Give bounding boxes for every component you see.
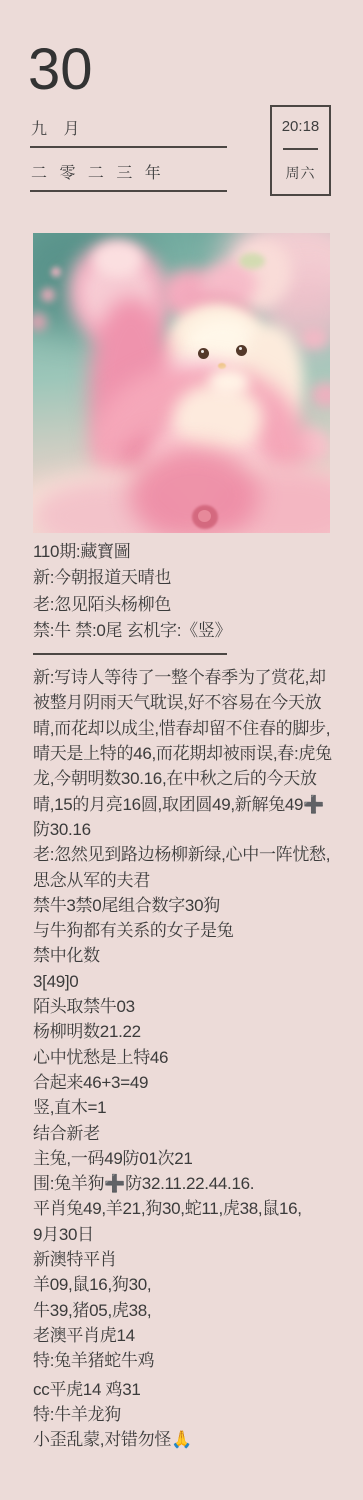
analysis-line: 9月30日: [33, 1222, 343, 1247]
header-divider-top: [30, 146, 227, 148]
content-divider: [33, 653, 227, 655]
year-label: 二 零 二 三 年: [31, 160, 165, 183]
ban-line: 禁:牛 禁:0尾 玄机字:《竖》: [33, 618, 343, 644]
analysis-line: 竖,直木=1: [33, 1095, 343, 1120]
head-sprig: [239, 253, 265, 269]
analysis-line: 龙,今朝明数30.16,在中秋之后的今天放: [33, 766, 343, 791]
analysis-line: 被整月阴雨天气耽误,好不容易在今天放: [33, 690, 343, 715]
bunny-eye-left-glint: [201, 350, 204, 353]
calendar-page: 30 九 月 二 零 二 三 年 20:18 周六: [0, 0, 363, 1500]
right-petal-2: [311, 383, 330, 407]
timebox-divider: [283, 148, 318, 150]
rose-inner: [198, 510, 211, 522]
analysis-line: 平肖兔49,羊21,狗30,蛇11,虎38,鼠16,: [33, 1196, 343, 1221]
left-petal-3: [51, 267, 61, 277]
analysis-line: 禁牛3禁0尾组合数字30狗: [33, 893, 343, 918]
analysis-line: 结合新老: [33, 1121, 343, 1146]
analysis-line: 羊09,鼠16,狗30,: [33, 1272, 343, 1297]
analysis-line: 晴,15的月亮16圆,取团圆49,新解兔49➕: [33, 792, 343, 817]
old-clue-line: 老:忽见陌头杨柳色: [33, 592, 343, 618]
time-weekday-box: 20:18 周六: [270, 105, 331, 196]
analysis-line: 杨柳明数21.22: [33, 1019, 343, 1044]
mouth-fluff: [209, 369, 249, 395]
bunny-eye-right-glint: [239, 347, 242, 350]
treasure-map-illustration[interactable]: [33, 233, 330, 533]
analysis-line: 3[49]0: [33, 969, 343, 994]
left-petal-2: [33, 313, 47, 331]
bunny-nose: [218, 363, 226, 369]
analysis-line: 防30.16: [33, 817, 343, 842]
analysis-line: 老澳平肖虎14: [33, 1323, 343, 1348]
analysis-line: 合起来46+3=49: [33, 1070, 343, 1095]
left-petal-1: [41, 288, 55, 302]
analysis-line: cc平虎14 鸡31: [33, 1377, 343, 1402]
time-label: 20:18: [282, 118, 320, 135]
bunny-ear-left-tip: [93, 241, 143, 277]
analysis-line: 禁中化数: [33, 943, 343, 968]
analysis-line: 陌头取禁牛03: [33, 994, 343, 1019]
analysis-line: 与牛狗都有关系的女子是兔: [33, 918, 343, 943]
analysis-line: 新澳特平肖: [33, 1247, 343, 1272]
issue-title: 110期:藏寶圖: [33, 539, 343, 565]
header-divider-bottom: [30, 190, 227, 192]
day-number: 30: [28, 36, 93, 103]
analysis-line: 老:忽然见到路边杨柳新绿,心中一阵忧愁,: [33, 842, 343, 867]
analysis-line: 特:兔羊猪蛇牛鸡: [33, 1348, 343, 1373]
analysis-line: 新:写诗人等待了一整个春季为了赏花,却: [33, 665, 343, 690]
new-clue-line: 新:今朝报道天晴也: [33, 565, 343, 591]
month-label: 九 月: [31, 116, 85, 139]
analysis-line: 小歪乱蒙,对错勿怪🙏: [33, 1427, 343, 1452]
analysis-line: 心中忧愁是上特46: [33, 1045, 343, 1070]
text-content: 110期:藏寶圖 新:今朝报道天晴也 老:忽见陌头杨柳色 禁:牛 禁:0尾 玄机…: [33, 539, 343, 1452]
analysis-line: 围:兔羊狗➕防32.11.22.44.16.: [33, 1171, 343, 1196]
analysis-line: 主兔,一码49防01次21: [33, 1146, 343, 1171]
analysis-line: 晴天是上特的46,而花期却被雨误,春:虎兔: [33, 741, 343, 766]
analysis-line: 特:牛羊龙狗: [33, 1402, 343, 1427]
analysis-line: 晴,而花却以成尘,惜春却留不住春的脚步,: [33, 716, 343, 741]
analysis-lines: 新:写诗人等待了一整个春季为了赏花,却被整月阴雨天气耽误,好不容易在今天放晴,而…: [33, 665, 343, 1452]
analysis-line: 思念从军的夫君: [33, 868, 343, 893]
analysis-line: 牛39,猪05,虎38,: [33, 1298, 343, 1323]
belly-cream: [173, 383, 263, 453]
weekday-label: 周六: [286, 163, 316, 183]
right-petal-1: [301, 328, 327, 348]
